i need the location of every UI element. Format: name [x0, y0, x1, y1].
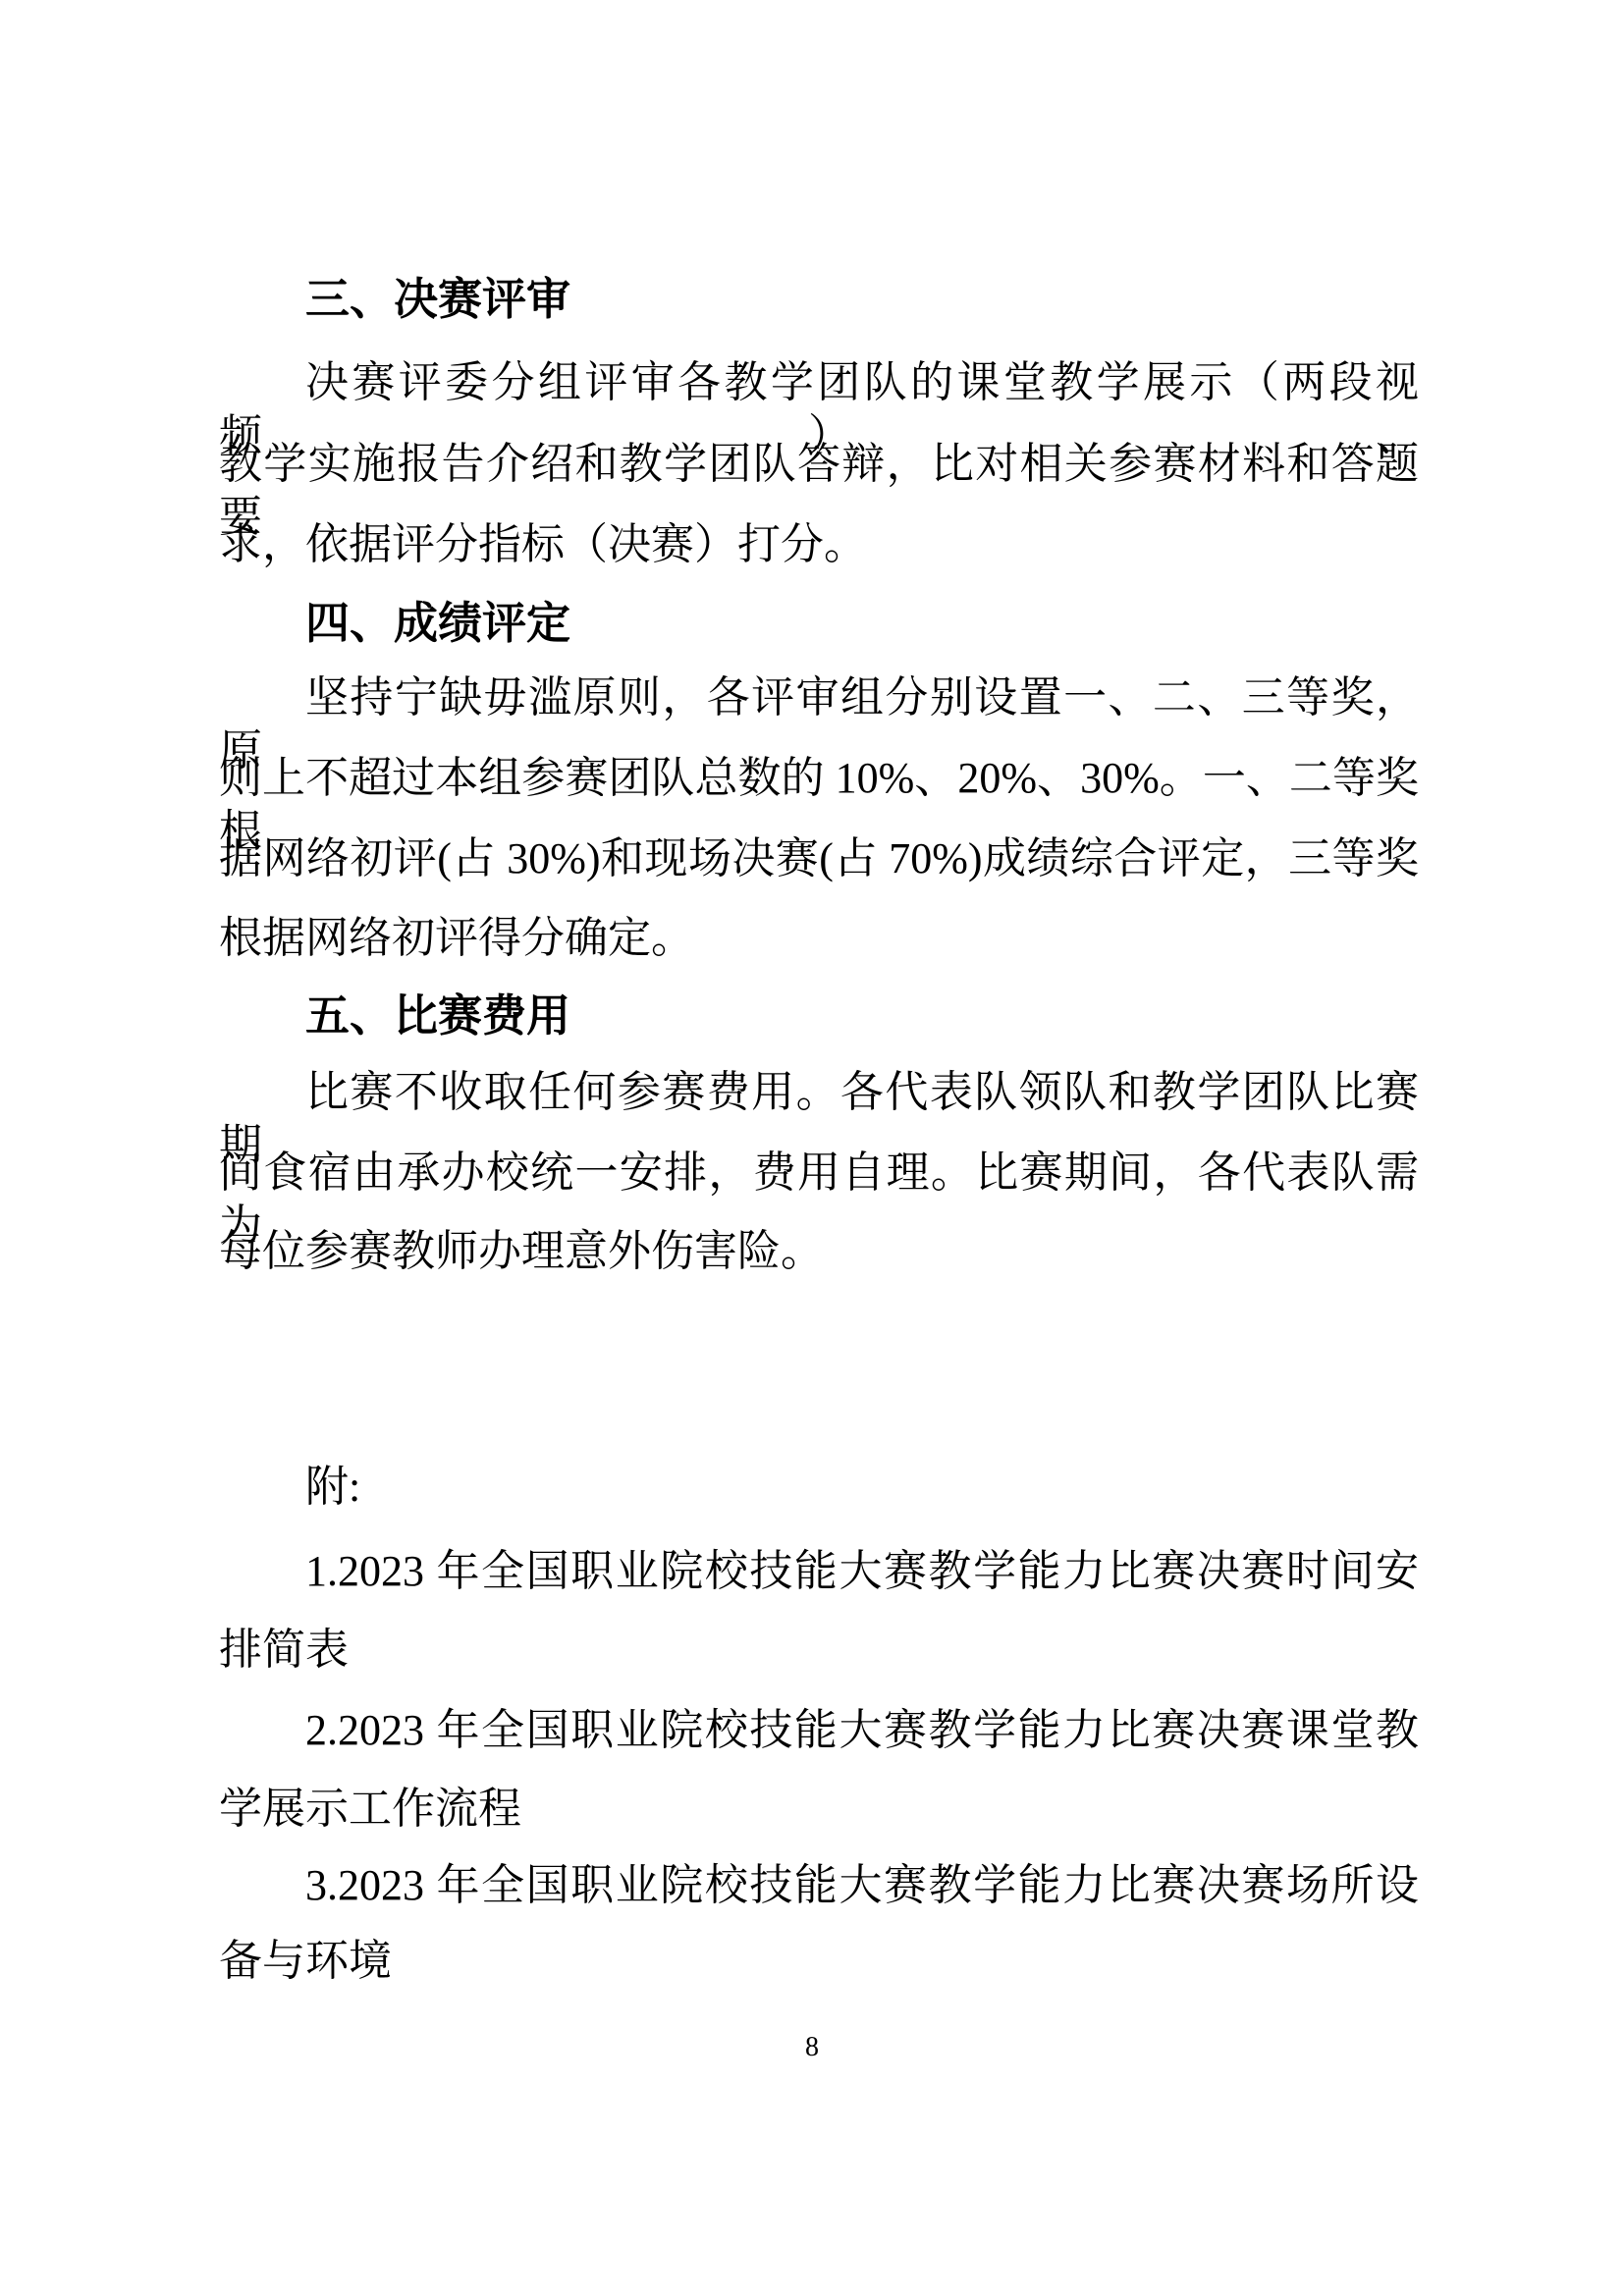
attachment-label: 附: [219, 1461, 1419, 1514]
attachment-item-2: 2.2023 年全国职业院校技能大赛教学能力比赛决赛课堂教 [219, 1704, 1419, 1757]
attachment-item-2-cont: 学展示工作流程 [219, 1783, 1419, 1836]
section-heading-5: 五、比赛费用 [219, 989, 1419, 1042]
attachment-item-3: 3.2023 年全国职业院校技能大赛教学能力比赛决赛场所设 [219, 1859, 1419, 1912]
text-line: 求，依据评分指标（决赛）打分。 [219, 518, 1419, 571]
text-line: 据网络初评(占 30%)和现场决赛(占 70%)成绩综合评定，三等奖 [219, 832, 1419, 885]
text-line: 根据网络初评得分确定。 [219, 912, 1419, 965]
attachment-item-1: 1.2023 年全国职业院校技能大赛教学能力比赛决赛时间安 [219, 1545, 1419, 1598]
attachment-item-3-cont: 备与环境 [219, 1935, 1419, 1988]
page-number: 8 [0, 2032, 1624, 2063]
text-line: 每位参赛教师办理意外伤害险。 [219, 1225, 1419, 1278]
section-heading-3: 三、决赛评审 [219, 273, 1419, 326]
section-heading-4: 四、成绩评定 [219, 597, 1419, 650]
attachment-item-1-cont: 排简表 [219, 1624, 1419, 1677]
document-page: 三、决赛评审 决赛评委分组评审各教学团队的课堂教学展示（两段视频）、 教学实施报… [0, 0, 1624, 2296]
